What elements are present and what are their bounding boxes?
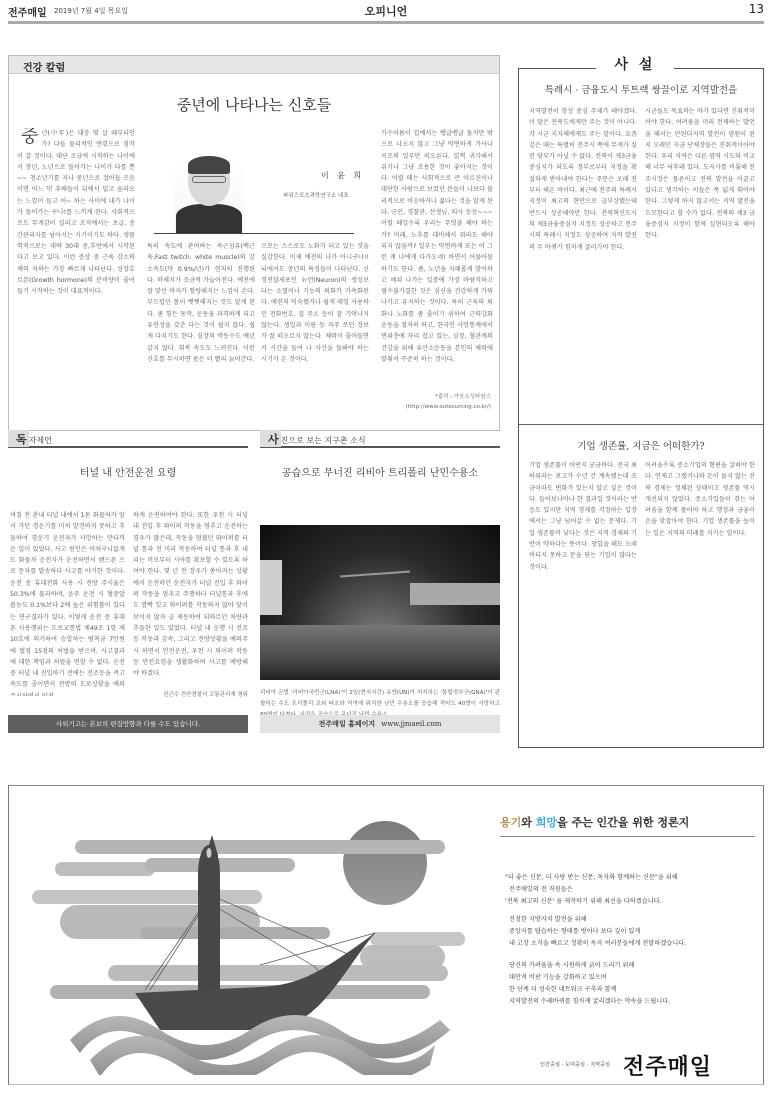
article-column-2: 특히 속도에 관여하는 속근섬유(백근육:Fast twitch: white … — [147, 241, 255, 426]
promo-line: 내 고장 소식을 빠르고 정확히 독자 여러분들에게 전달하겠습니다. — [509, 938, 686, 950]
section-label: 진으로 보는 지구촌 소식 — [281, 436, 366, 445]
photo-building — [410, 583, 500, 605]
promo-line: 대안적 비판 기능을 강화하고 있으며 — [509, 972, 670, 984]
section-header: 독자제언 — [8, 430, 248, 448]
brand-logo: 전주매일 — [623, 1050, 712, 1081]
homepage-label: 전주매일 홈페이지 — [319, 719, 376, 728]
slogan-text: 와 — [521, 816, 535, 829]
article-title: 중년에 나타나는 신호들 — [9, 94, 499, 115]
masthead-rule — [8, 21, 764, 24]
slogan-text: 을 주는 인간을 위한 정론지 — [557, 816, 689, 829]
article-column-3: 으로는 스스로도 노화가 되고 있는 것을 실감한다. 이제 예전의 나가 아니… — [261, 241, 369, 426]
article-title: 공습으로 무너진 리비아 트리폴리 난민수용소 — [260, 464, 500, 479]
editorial-1-column-2: 시군들도 목표하는 바가 있다면 진취적이어야 한다. 어려움을 미리 전제하는… — [645, 106, 755, 418]
letter-column-1: 며칠 전 관내 터널 내에서 1톤 화물차가 앞서 가던 경운기를 미처 발견하… — [10, 510, 125, 696]
column-text: 하게 운전하여야 한다. 또한 우천 시 터널 내 진입 후 와이퍼 작동을 멈… — [133, 512, 248, 677]
promo-line: 지역발전의 수레바퀴를 힘차게 굴리겠다는 약속을 드립니다. — [509, 996, 670, 1008]
news-photo — [260, 525, 500, 680]
photo-rubble — [260, 625, 500, 680]
section-cap: 사 — [260, 430, 281, 447]
promo-paragraph-1: "더 좋은 신문, 더 사랑 받는 신문, 독자와 함께하는 신문"을 위해 전… — [505, 872, 678, 908]
promo-slogan: 용기와 희망을 주는 인간을 위한 정론지 — [500, 814, 689, 830]
photo-building — [260, 560, 282, 615]
article-column-4: 가수이름이 입에서는 뱅글뱅글 돌지만 밖으로 나오지 않고 그냥 막연하게 가… — [381, 128, 493, 388]
column-text: 년(中年)은 대충 몇 살 때부터인가? 다들 물리적인 연령으로 짐작이 갈 … — [17, 130, 135, 295]
dropcap: 중 — [21, 128, 38, 146]
portrait-body — [176, 204, 242, 234]
section-title: 오피니언 — [8, 3, 764, 19]
photo-beam — [340, 571, 410, 578]
masthead: 전주매일 2019년 7월 4일 목요일 오피니언 13 — [8, 0, 764, 22]
column-text: 특히 속도에 관여하는 속근섬유(백근육:Fast twitch: white … — [147, 243, 255, 363]
section-header: 사진으로 보는 지구촌 소식 — [260, 430, 500, 448]
slogan-hope: 희망 — [536, 816, 557, 829]
letter-column-2: 하게 운전하여야 한다. 또한 우천 시 터널 내 진입 후 와이퍼 작동을 멈… — [133, 510, 248, 686]
editorial-box: 특례시 · 금융도시 투트랙 쌍끌이로 지역발전을 지역발전이 항상 중심 주제… — [518, 68, 764, 748]
homepage-bar: 전주매일 홈페이지www.jjmaeil.com — [260, 715, 500, 733]
promo-line: 중앙지를 답습하는 형태를 벗어나 보다 깊이 있게 — [509, 926, 686, 938]
article-title: 터널 내 안전운전 요령 — [8, 464, 248, 479]
column-text: 지역발전이 항상 중심 주제가 돼야겠다. 이 말은 전북도에게만 주는 것이 … — [529, 108, 637, 251]
promo-line: 진정한 지방자치 발전을 위해 — [509, 914, 686, 926]
column-text: 어려울수록 중소기업의 형편을 살펴야 한다. 언제고 그랬거나와 돈이 돌지 … — [645, 462, 755, 537]
health-column: 건강 칼럼 중년에 나타나는 신호들 중 년(中年)은 대충 몇 살 때부터인가… — [8, 55, 500, 431]
portrait-hair — [188, 156, 230, 174]
editorial-divider — [519, 424, 763, 425]
author-name: 이 윤 희 — [321, 170, 364, 181]
promo-line: 전주매일의 전 직원들은 — [505, 884, 678, 896]
slogan-courage: 용기 — [500, 816, 521, 829]
column-text: 으로는 스스로도 노화가 되고 있는 것을 실감한다. 이제 예전의 나가 아니… — [261, 243, 369, 363]
promo-paragraph-2: 진정한 지방자치 발전을 위해 중앙지를 답습하는 형태를 벗어나 보다 깊이 … — [509, 914, 686, 950]
editorial-1-column-1: 지역발전이 항상 중심 주제가 돼야겠다. 이 말은 전북도에게만 주는 것이 … — [529, 106, 637, 418]
source-credit: *출처 : 아웃소싱타임스 (http://www.outsourcing.co… — [406, 392, 491, 412]
homepage-link[interactable]: www.jjmaeil.com — [381, 720, 441, 728]
section-cap: 독 — [8, 430, 29, 447]
promo-line: '전북 최고의 신문' 을 제작하기 위해 최선을 다하겠습니다. — [505, 896, 678, 908]
source-link[interactable]: (http://www.outsourcing.co.kr/) — [406, 402, 491, 412]
editorial-2-column-2: 어려울수록 중소기업의 형편을 살펴야 한다. 언제고 그랬거나와 돈이 돌지 … — [645, 460, 755, 742]
slogan-rule — [500, 836, 755, 837]
page-number: 13 — [749, 2, 764, 16]
column-text: 시군들도 목표하는 바가 있다면 진취적이어야 한다. 어려움을 미리 전제하는… — [645, 108, 755, 239]
article-column-1: 중 년(中年)은 대충 몇 살 때부터인가? 다들 물리적인 연령으로 짐작이 … — [17, 128, 135, 426]
promo-line: "더 좋은 신문, 더 사랑 받는 신문, 독자와 함께하는 신문"을 위해 — [505, 872, 678, 884]
promo-line: 한 단계 더 성숙한 네트워크 구축과 함께 — [509, 984, 670, 996]
author-role: 파워스포츠과학연구소 대표 — [283, 191, 349, 199]
reader-letter-section: 독자제언 터널 내 안전운전 요령 — [8, 430, 248, 479]
column-tag: 건강 칼럼 — [9, 56, 499, 74]
photo-news-section: 사진으로 보는 지구촌 소식 공습으로 무너진 리비아 트리폴리 난민수용소 — [260, 430, 500, 479]
letter-byline: 전근수 진안경찰서 고통관리계 경위 — [133, 690, 248, 698]
brand-motto: 인간중심 · 도덕중심 · 지역중심 — [540, 1061, 610, 1068]
editorial-title-1: 특례시 · 금융도시 투트랙 쌍끌이로 지역발전을 — [519, 82, 763, 96]
disclaimer-bar: 사외기고는 본보의 편집방향과 다를 수도 있습니다. — [8, 715, 248, 733]
promo-paragraph-3: 당신의 가려움을 속 시원하게 긁어 드리기 위해 대안적 비판 기능을 강화하… — [509, 960, 670, 1008]
glasses-icon — [192, 176, 226, 183]
ship-illustration — [20, 815, 470, 1075]
author-rule — [154, 233, 354, 234]
column-text: 며칠 전 관내 터널 내에서 1톤 화물차가 앞서 가던 경운기를 미처 발견하… — [10, 512, 125, 696]
editorial-2-column-1: 기업 생존률이 어떤지 궁금하다. 전국 최하위라는 보고가 수년 간 계속됐는… — [529, 460, 637, 742]
column-text: 가수이름이 입에서는 뱅글뱅글 돌지만 밖으로 나오지 않고 그냥 막연하게 가… — [381, 130, 493, 363]
editorial-title-2: 기업 생존률, 지금은 어떠한가? — [519, 438, 763, 452]
promo-line: 당신의 가려움을 속 시원하게 긁어 드리기 위해 — [509, 960, 670, 972]
section-label: 자제언 — [29, 436, 52, 445]
source-name: *출처 : 아웃소싱타임스 — [406, 392, 491, 402]
column-text: 기업 생존률이 어떤지 궁금하다. 전국 최하위라는 보고가 수년 간 계속됐는… — [529, 462, 637, 571]
author-photo — [174, 148, 244, 233]
